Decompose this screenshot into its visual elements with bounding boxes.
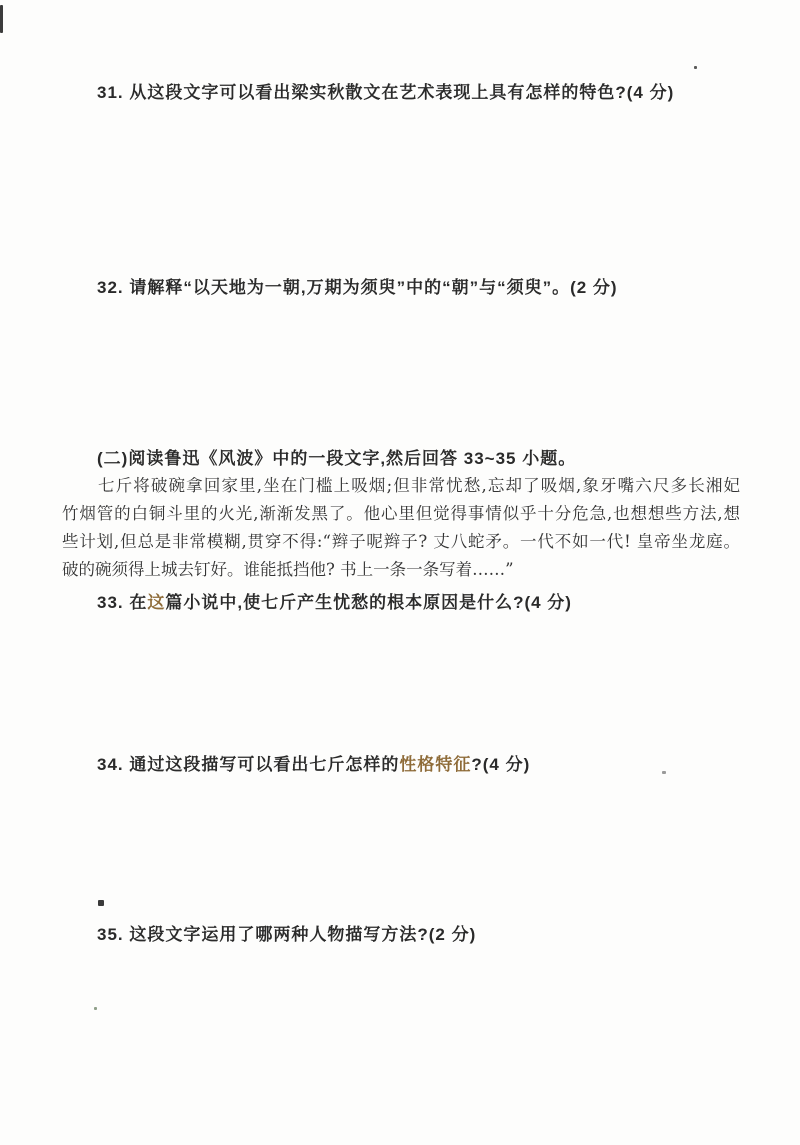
question-34-prefix: 34. 通过这段描写可以看出七斤怎样的 xyxy=(97,755,399,774)
scan-artifact-dot xyxy=(662,771,666,774)
scan-artifact-dot xyxy=(694,66,697,69)
question-34-suffix: ?(4 分) xyxy=(471,755,530,774)
scan-artifact-smear xyxy=(0,5,3,33)
passage-line: 破的碗须得上城去钉好。谁能抵挡他? 书上一条一条写着……” xyxy=(62,556,740,584)
question-34-highlight: 性格特征 xyxy=(399,755,471,774)
question-35: 35. 这段文字运用了哪两种人物描写方法?(2 分) xyxy=(97,920,476,945)
question-32: 32. 请解释“以天地为一朝,万期为须臾”中的“朝”与“须臾”。(2 分) xyxy=(97,273,618,298)
question-33: 33. 在这篇小说中,使七斤产生忧愁的根本原因是什么?(4 分) xyxy=(97,588,572,613)
exam-paper-page: 31. 从这段文字可以看出梁实秋散文在艺术表现上具有怎样的特色?(4 分) 32… xyxy=(0,0,800,1145)
passage-line: 七斤将破碗拿回家里,坐在门槛上吸烟;但非常忧愁,忘却了吸烟,象牙嘴六尺多长湘妃 xyxy=(62,472,740,500)
question-33-prefix: 33. 在 xyxy=(97,593,147,612)
passage-line: 些计划,但总是非常模糊,贯穿不得:“辫子呢辫子? 丈八蛇矛。一代不如一代! 皇帝… xyxy=(62,528,740,556)
scan-artifact-dot xyxy=(98,900,104,906)
question-33-highlight: 这 xyxy=(147,593,165,612)
question-34: 34. 通过这段描写可以看出七斤怎样的性格特征?(4 分) xyxy=(97,750,530,775)
section-2-intro: (二)阅读鲁迅《风波》中的一段文字,然后回答 33~35 小题。 xyxy=(97,444,576,469)
question-31: 31. 从这段文字可以看出梁实秋散文在艺术表现上具有怎样的特色?(4 分) xyxy=(97,78,674,103)
question-33-suffix: 篇小说中,使七斤产生忧愁的根本原因是什么?(4 分) xyxy=(165,593,572,612)
passage-line: 竹烟管的白铜斗里的火光,渐渐发黑了。他心里但觉得事情似乎十分危急,也想想些方法,… xyxy=(62,500,740,528)
scan-artifact-dot xyxy=(94,1007,97,1010)
reading-passage: 七斤将破碗拿回家里,坐在门槛上吸烟;但非常忧愁,忘却了吸烟,象牙嘴六尺多长湘妃 … xyxy=(62,472,740,584)
